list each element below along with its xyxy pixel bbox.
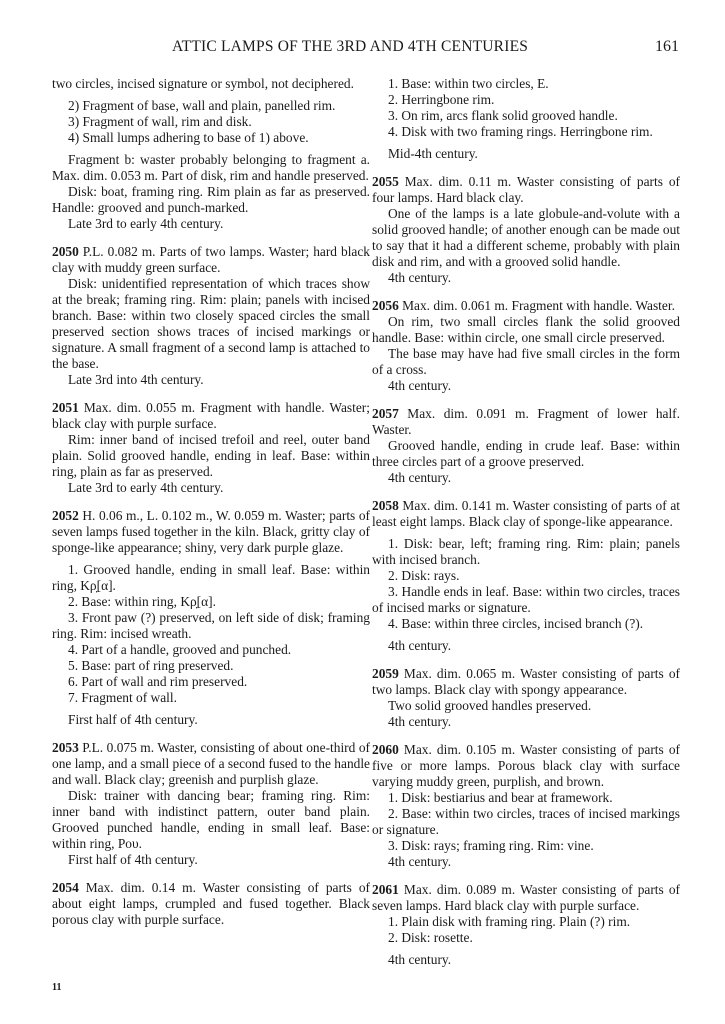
- list-item: 1. Grooved handle, ending in small leaf.…: [52, 562, 370, 594]
- entry-description: Max. dim. 0.105 m. Waster consisting of …: [372, 742, 680, 789]
- entry-description: Max. dim. 0.091 m. Fragment of lower hal…: [372, 406, 680, 437]
- catalog-entry-2050: 2050 P.L. 0.082 m. Parts of two lamps. W…: [52, 244, 370, 388]
- entry-description: Max. dim. 0.141 m. Waster consisting of …: [372, 498, 680, 529]
- disk-text: Disk: boat, framing ring. Rim plain as f…: [52, 184, 370, 216]
- entry-date: First half of 4th century.: [52, 852, 370, 868]
- signature-mark: 11: [52, 982, 61, 993]
- list-item: 6. Part of wall and rim preserved.: [52, 674, 370, 690]
- list-item: 2. Disk: rays.: [372, 568, 680, 584]
- continued-entry: two circles, incised signature or symbol…: [52, 76, 370, 232]
- left-column: two circles, incised signature or symbol…: [52, 76, 370, 928]
- list-item: 7. Fragment of wall.: [52, 690, 370, 706]
- list-item: 2. Base: within ring, Κρ̣[α].: [52, 594, 370, 610]
- entry-paragraph: Grooved handle, ending in crude leaf. Ba…: [372, 438, 680, 470]
- entry-date: 4th century.: [372, 638, 680, 654]
- list-item: 1. Plain disk with framing ring. Plain (…: [372, 914, 680, 930]
- list-item: 4. Part of a handle, grooved and punched…: [52, 642, 370, 658]
- continued-entry: 1. Base: within two circles, E. 2. Herri…: [372, 76, 680, 162]
- page-header: ATTIC LAMPS OF THE 3RD AND 4TH CENTURIES…: [0, 38, 725, 58]
- entry-description: P.L. 0.075 m. Waster, consisting of abou…: [52, 740, 370, 787]
- catalog-entry-2061: 2061 Max. dim. 0.089 m. Waster consistin…: [372, 882, 680, 968]
- list-item: 1. Base: within two circles, E.: [372, 76, 680, 92]
- entry-number: 2053: [52, 740, 79, 755]
- catalog-entry-2060: 2060 Max. dim. 0.105 m. Waster consistin…: [372, 742, 680, 870]
- list-item: 4. Disk with two framing rings. Herringb…: [372, 124, 680, 140]
- entry-description: Max. dim. 0.065 m. Waster consisting of …: [372, 666, 680, 697]
- entry-description: Max. dim. 0.055 m. Fragment with handle.…: [52, 400, 370, 431]
- list-item: 2. Disk: rosette.: [372, 930, 680, 946]
- entry-paragraph: Rim: inner band of incised trefoil and r…: [52, 432, 370, 480]
- entry-paragraph: On rim, two small circles flank the soli…: [372, 314, 680, 346]
- entry-number: 2059: [372, 666, 399, 681]
- entry-date: 4th century.: [372, 854, 680, 870]
- entry-number: 2051: [52, 400, 79, 415]
- entry-date: 4th century.: [372, 952, 680, 968]
- entry-number: 2056: [372, 298, 399, 313]
- list-item: 3. Disk: rays; framing ring. Rim: vine.: [372, 838, 680, 854]
- catalog-entry-2055: 2055 Max. dim. 0.11 m. Waster consisting…: [372, 174, 680, 286]
- entry-paragraph: Disk: trainer with dancing bear; framing…: [52, 788, 370, 852]
- list-item: 3. On rim, arcs flank solid grooved hand…: [372, 108, 680, 124]
- entry-description: Max. dim. 0.14 m. Waster consisting of p…: [52, 880, 370, 927]
- entry-number: 2057: [372, 406, 399, 421]
- catalog-entry-2053: 2053 P.L. 0.075 m. Waster, consisting of…: [52, 740, 370, 868]
- list-item: 2. Herringbone rim.: [372, 92, 680, 108]
- entry-date: 4th century.: [372, 270, 680, 286]
- page-number: 161: [655, 38, 679, 56]
- entry-number: 2055: [372, 174, 399, 189]
- entry-number: 2061: [372, 882, 399, 897]
- entry-description: Max. dim. 0.061 m. Fragment with handle.…: [402, 298, 675, 313]
- entry-paragraph: Two solid grooved handles preserved.: [372, 698, 680, 714]
- entry-date: Mid-4th century.: [372, 146, 680, 162]
- entry-date: 4th century.: [372, 714, 680, 730]
- catalog-entry-2054: 2054 Max. dim. 0.14 m. Waster consisting…: [52, 880, 370, 928]
- catalog-entry-2052: 2052 H. 0.06 m., L. 0.102 m., W. 0.059 m…: [52, 508, 370, 728]
- running-title: ATTIC LAMPS OF THE 3RD AND 4TH CENTURIES: [172, 38, 528, 56]
- entry-description: Max. dim. 0.089 m. Waster consisting of …: [372, 882, 680, 913]
- list-item: 4) Small lumps adhering to base of 1) ab…: [52, 130, 370, 146]
- entry-date: Late 3rd to early 4th century.: [52, 216, 370, 232]
- list-item: 4. Base: within three circles, incised b…: [372, 616, 680, 632]
- catalog-entry-2058: 2058 Max. dim. 0.141 m. Waster consistin…: [372, 498, 680, 654]
- list-item: 3) Fragment of wall, rim and disk.: [52, 114, 370, 130]
- entry-description: P.L. 0.082 m. Parts of two lamps. Waster…: [52, 244, 370, 275]
- entry-number: 2052: [52, 508, 79, 523]
- list-item: 1. Disk: bear, left; framing ring. Rim: …: [372, 536, 680, 568]
- entry-date: First half of 4th century.: [52, 712, 370, 728]
- list-item: 1. Disk: bestiarius and bear at framewor…: [372, 790, 680, 806]
- entry-description: H. 0.06 m., L. 0.102 m., W. 0.059 m. Was…: [52, 508, 370, 555]
- entry-paragraph: Disk: unidentified representation of whi…: [52, 276, 370, 372]
- entry-paragraph: The base may have had five small circles…: [372, 346, 680, 378]
- entry-number: 2058: [372, 498, 399, 513]
- list-item: 3. Handle ends in leaf. Base: within two…: [372, 584, 680, 616]
- entry-date: 4th century.: [372, 470, 680, 486]
- entry-number: 2054: [52, 880, 79, 895]
- list-item: 2) Fragment of base, wall and plain, pan…: [52, 98, 370, 114]
- fragment-b-text: Fragment b: waster probably belonging to…: [52, 152, 370, 184]
- entry-number: 2060: [372, 742, 399, 757]
- catalog-entry-2056: 2056 Max. dim. 0.061 m. Fragment with ha…: [372, 298, 680, 394]
- continued-text: two circles, incised signature or symbol…: [52, 76, 370, 92]
- right-column: 1. Base: within two circles, E. 2. Herri…: [372, 76, 680, 968]
- entry-description: Max. dim. 0.11 m. Waster consisting of p…: [372, 174, 680, 205]
- entry-paragraph: One of the lamps is a late globule-and-v…: [372, 206, 680, 270]
- entry-number: 2050: [52, 244, 79, 259]
- list-item: 5. Base: part of ring preserved.: [52, 658, 370, 674]
- catalog-entry-2059: 2059 Max. dim. 0.065 m. Waster consistin…: [372, 666, 680, 730]
- list-item: 2. Base: within two circles, traces of i…: [372, 806, 680, 838]
- entry-date: Late 3rd into 4th century.: [52, 372, 370, 388]
- catalog-entry-2051: 2051 Max. dim. 0.055 m. Fragment with ha…: [52, 400, 370, 496]
- list-item: 3. Front paw (?) preserved, on left side…: [52, 610, 370, 642]
- catalog-entry-2057: 2057 Max. dim. 0.091 m. Fragment of lowe…: [372, 406, 680, 486]
- entry-date: Late 3rd to early 4th century.: [52, 480, 370, 496]
- entry-date: 4th century.: [372, 378, 680, 394]
